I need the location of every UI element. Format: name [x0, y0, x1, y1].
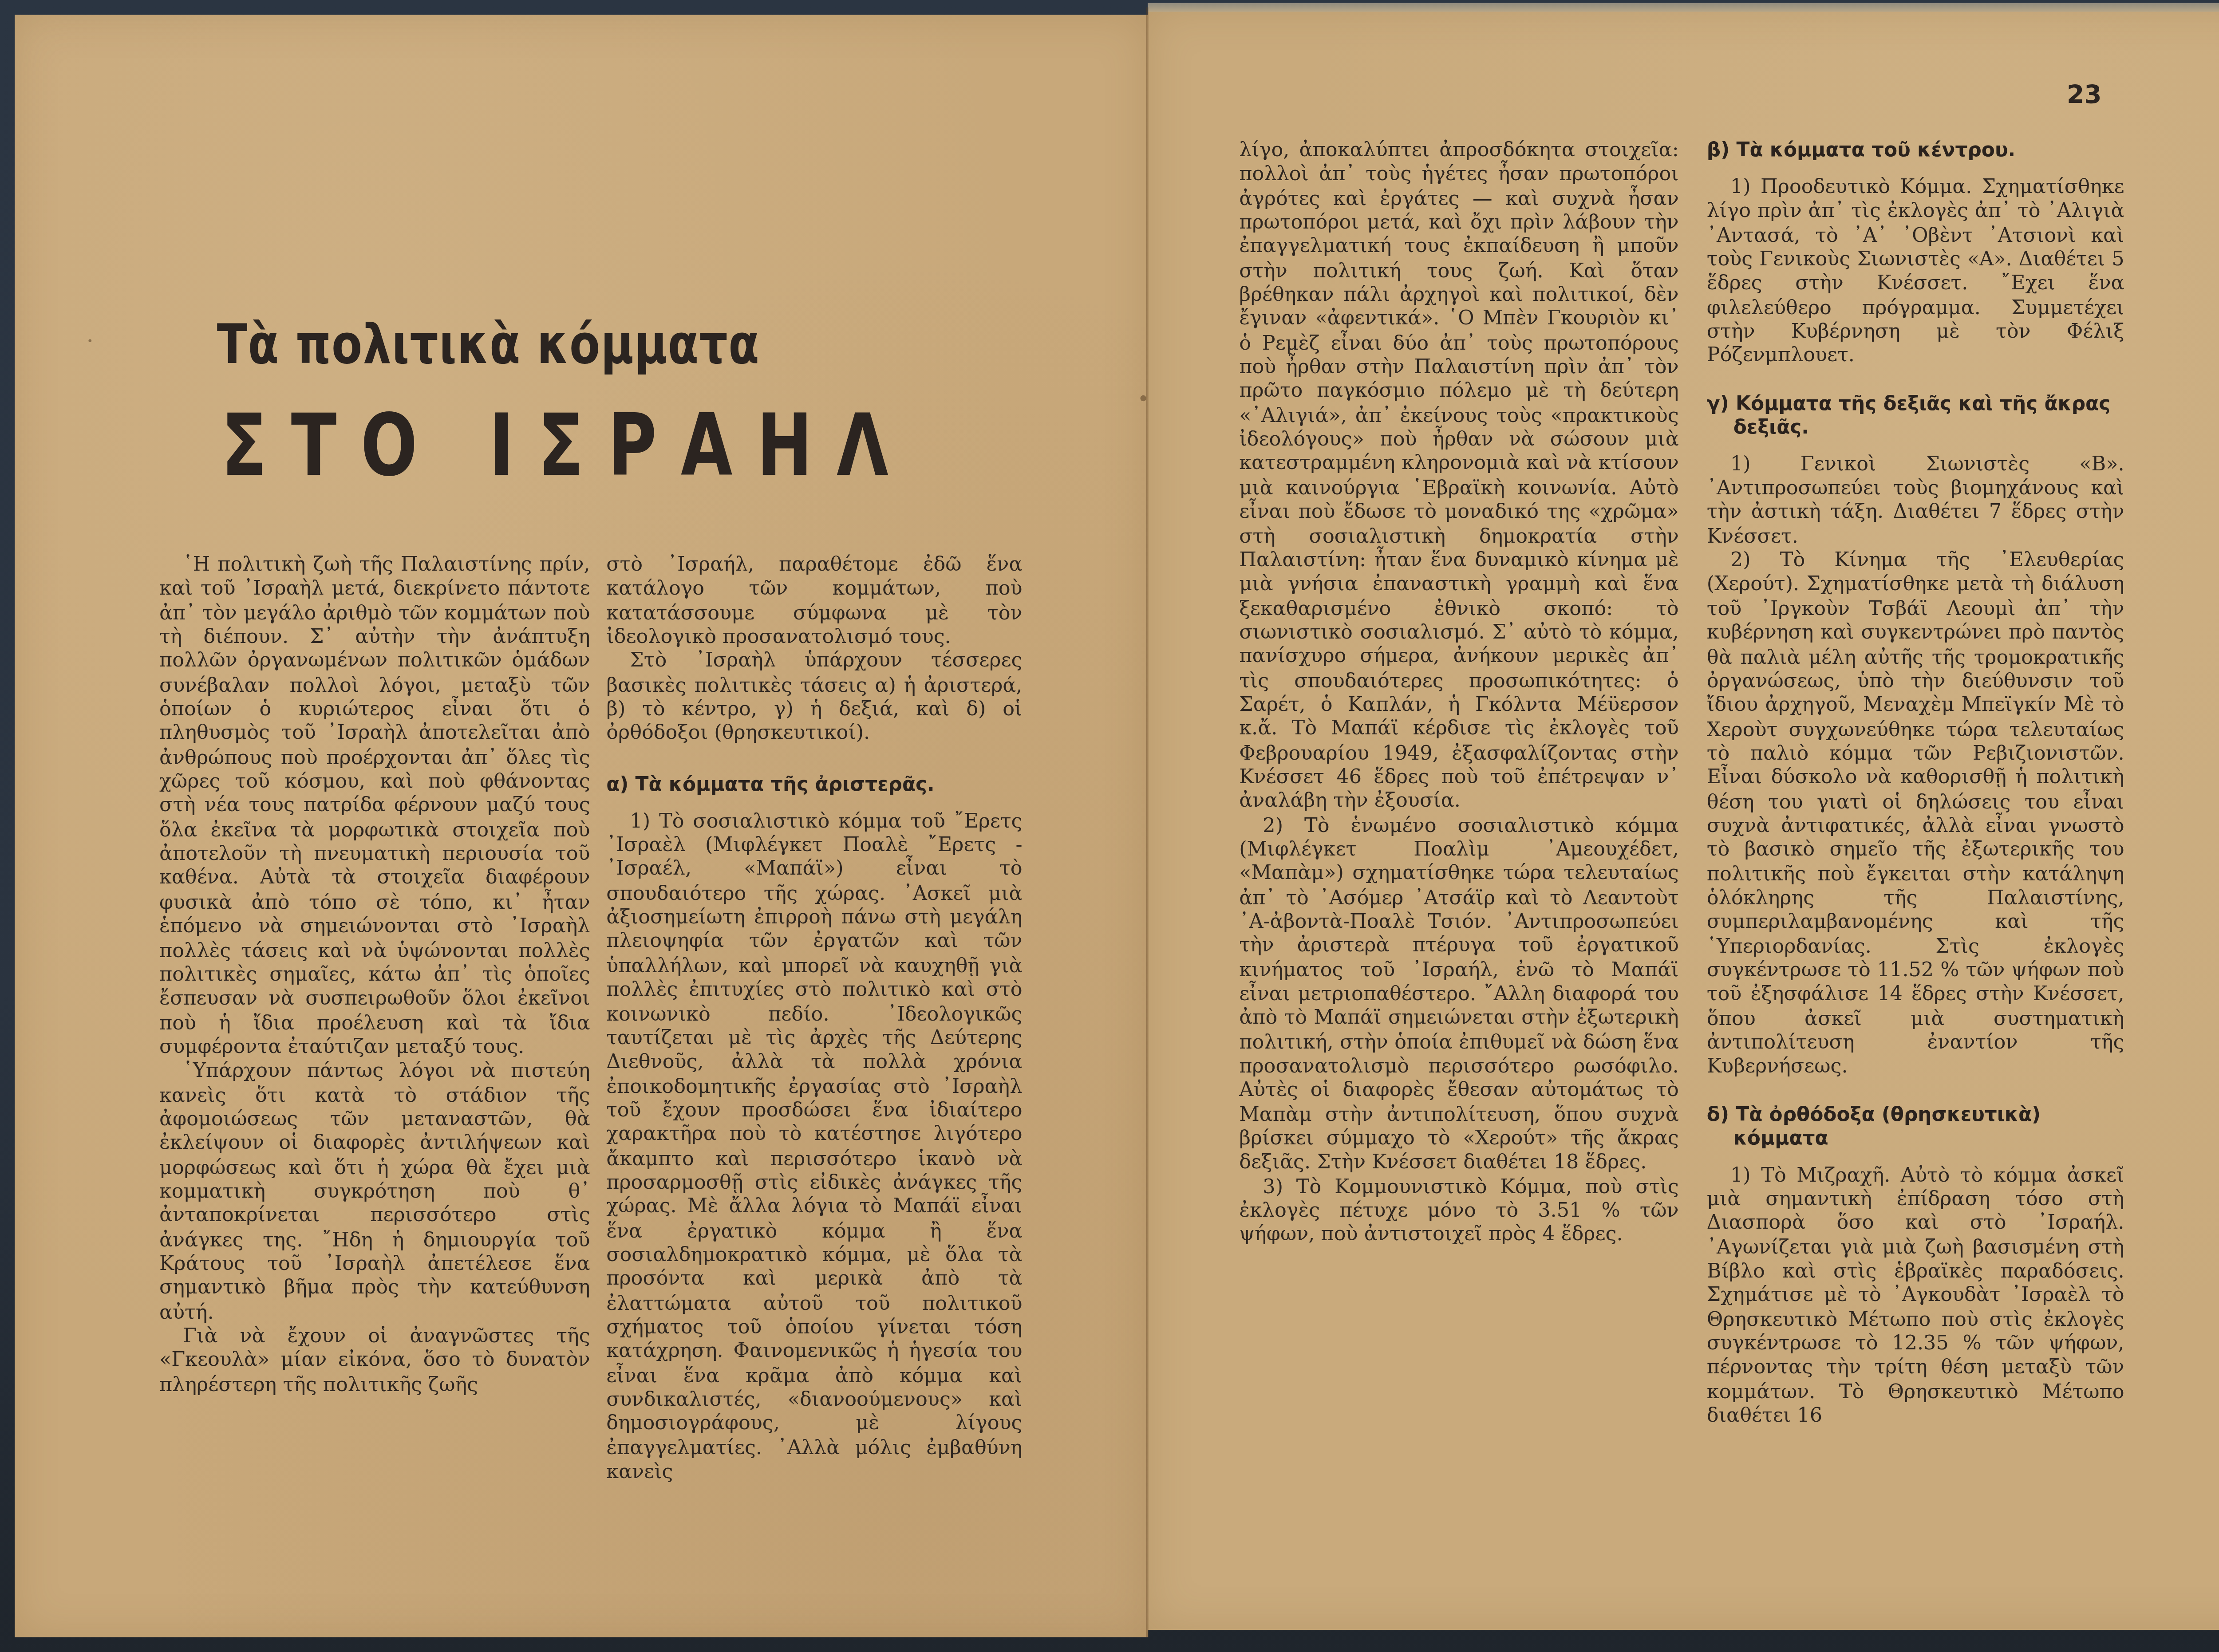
- paragraph: Γιὰ νὰ ἔχουν οἱ ἀναγνῶστες τῆς «Γκεουλὰ»…: [159, 1326, 590, 1398]
- section-heading-left: α) Τὰ κόμματα τῆς ἀριστερᾶς.: [606, 774, 1022, 797]
- page-number: 23: [2067, 81, 2102, 110]
- paragraph: ῾Υπάρχουν πάντως λόγοι νὰ πιστεύη κανεὶς…: [159, 1061, 590, 1326]
- paragraph: 1) Γενικοὶ Σιωνιστὲς «Β». ᾿Αντιπροσωπεύε…: [1707, 454, 2124, 550]
- article-title: Τὰ πολιτικὰ κόμματα: [217, 313, 568, 376]
- paragraph: 2) Τὸ ἑνωμένο σοσιαλιστικὸ κόμμα (Μιφλέγ…: [1239, 815, 1679, 1177]
- right-page-column-1: λίγο, ἀποκαλύπτει ἀπροσδόκητα στοιχεῖα: …: [1239, 140, 1679, 1249]
- paragraph: Στὸ ᾿Ισραὴλ ὑπάρχουν τέσσερες βασικὲς πο…: [606, 651, 1022, 747]
- paragraph: 1) Προοδευτικὸ Κόμμα. Σχηματίσθηκε λίγο …: [1707, 177, 2124, 370]
- scanned-book-spread: Τὰ πολιτικὰ κόμματα ΣΤΟ ΙΣΡΑΗΛ ῾Η πολιτι…: [0, 0, 2219, 1652]
- paragraph: 1) Τὸ Μιζραχῆ. Αὐτὸ τὸ κόμμα ἀσκεῖ μιὰ σ…: [1707, 1165, 2124, 1430]
- paragraph: 3) Τὸ Κομμουνιστικὸ Κόμμα, ποὺ στὶς ἐκλο…: [1239, 1177, 1679, 1249]
- paragraph: 2) Τὸ Κίνημα τῆς ᾿Ελευθερίας (Χερούτ). Σ…: [1707, 550, 2124, 1080]
- right-page-column-2: β) Τὰ κόμματα τοῦ κέντρου. 1) Προοδευτικ…: [1707, 140, 2124, 1430]
- page-top-edge: [1148, 3, 2219, 12]
- paragraph: 1) Τὸ σοσιαλιστικὸ κόμμα τοῦ ῎Ερετς ᾿Ισρ…: [606, 811, 1022, 1486]
- left-page-column-1: ῾Η πολιτικὴ ζωὴ τῆς Παλαιστίνης πρίν, κα…: [159, 555, 590, 1398]
- paragraph: ῾Η πολιτικὴ ζωὴ τῆς Παλαιστίνης πρίν, κα…: [159, 555, 590, 1061]
- section-heading-orthodox: δ) Τὰ ὀρθόδοξα (θρησκευτικὰ) κόμματα: [1707, 1104, 2124, 1151]
- paragraph: λίγο, ἀποκαλύπτει ἀπροσδόκητα στοιχεῖα: …: [1239, 140, 1679, 815]
- paragraph: στὸ ᾿Ισραήλ, παραθέτομε ἐδῶ ἕνα κατάλογο…: [606, 555, 1022, 651]
- section-heading-center: β) Τὰ κόμματα τοῦ κέντρου.: [1707, 140, 2124, 164]
- paper-speck: [88, 339, 91, 343]
- section-heading-right: γ) Κόμματα τῆς δεξιᾶς καὶ τῆς ἄκρας δεξι…: [1707, 394, 2124, 441]
- left-page-column-2: στὸ ᾿Ισραήλ, παραθέτομε ἐδῶ ἕνα κατάλογο…: [606, 555, 1022, 1486]
- book-gutter: [1146, 8, 1149, 1637]
- article-subtitle: ΣΤΟ ΙΣΡΑΗΛ: [221, 395, 912, 496]
- binding-hole: [1140, 395, 1146, 401]
